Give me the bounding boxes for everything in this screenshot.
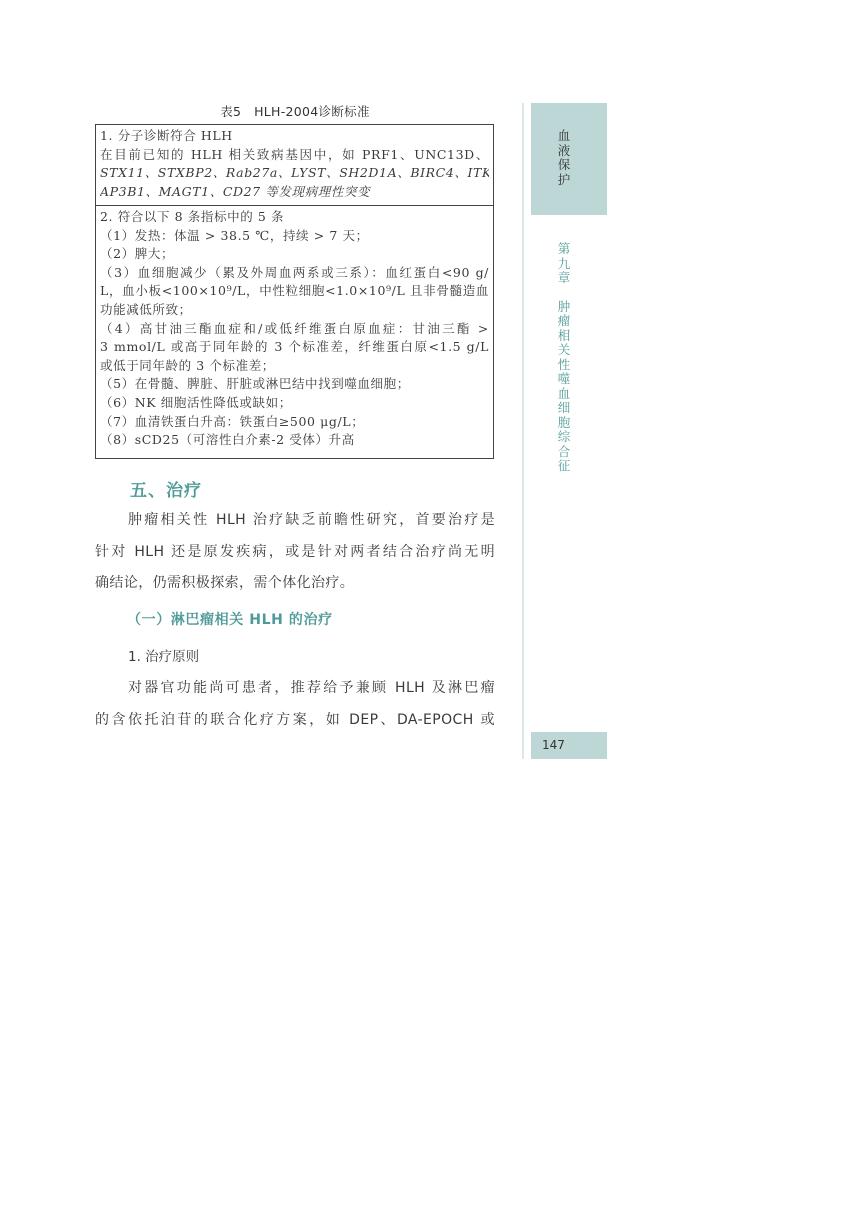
table-line: （1）发热：体温 > 38.5 ℃，持续 > 7 天； [100, 227, 489, 246]
chapter-title: 肿瘤相关性噬血细胞综合征 [558, 299, 571, 474]
paragraph-line: 针对 HLH 还是原发疾病，或是针对两者结合治疗尚无明 [95, 537, 495, 569]
book-title: 血液保护 [556, 129, 572, 187]
diagnostic-criteria-table: 1. 分子诊断符合 HLH 在目前已知的 HLH 相关致病基因中，如 PRF1、… [95, 124, 494, 459]
table-line: AP3B1、MAGT1、CD27 等发现病理性突变 [100, 183, 489, 202]
section-heading: 五、治疗 [130, 476, 202, 501]
table-line: 在目前已知的 HLH 相关致病基因中，如 PRF1、UNC13D、 [100, 146, 489, 165]
table-line: （3）血细胞减少（累及外周血两系或三系）：血红蛋白<90 g/ [100, 264, 489, 283]
subsection-heading: （一）淋巴瘤相关 HLH 的治疗 [127, 609, 333, 629]
paragraph-line: 的含依托泊苷的联合化疗方案，如 DEP、DA-EPOCH 或 [95, 705, 495, 737]
paragraph-line: 肿瘤相关性 HLH 治疗缺乏前瞻性研究，首要治疗是 [95, 505, 495, 537]
paragraph-line: 确结论，仍需积极探索，需个体化治疗。 [95, 568, 495, 600]
table-line: L，血小板<100×10⁹/L，中性粒细胞<1.0×10⁹/L 且非骨髓造血 [100, 282, 489, 301]
paragraph-2: 对器官功能尚可患者，推荐给予兼顾 HLH 及淋巴瘤 的含依托泊苷的联合化疗方案，… [95, 673, 495, 736]
table-line: 功能减低所致； [100, 301, 489, 320]
page-number: 147 [531, 732, 607, 759]
table-section-clinical: 2. 符合以下 8 条指标中的 5 条 （1）发热：体温 > 38.5 ℃，持续… [96, 206, 493, 450]
table-line: （8）sCD25（可溶性白介素-2 受体）升高 [100, 431, 489, 450]
table-line: （4）高甘油三酯血症和/或低纤维蛋白原血症：甘油三酯 > [100, 320, 489, 339]
margin-divider [522, 103, 524, 759]
paragraph-1: 肿瘤相关性 HLH 治疗缺乏前瞻性研究，首要治疗是 针对 HLH 还是原发疾病，… [95, 505, 495, 600]
table-line: （2）脾大； [100, 245, 489, 264]
table-section-molecular: 1. 分子诊断符合 HLH 在目前已知的 HLH 相关致病基因中，如 PRF1、… [96, 125, 493, 206]
subsubsection-heading: 1. 治疗原则 [128, 645, 199, 665]
table-caption: 表5 HLH-2004诊断标准 [95, 102, 495, 120]
chapter-number: 第九章 [558, 241, 571, 285]
chapter-label: 第九章肿瘤相关性噬血细胞综合征 [556, 242, 572, 474]
table-line: 3 mmol/L 或高于同年龄的 3 个标准差，纤维蛋白原<1.5 g/L [100, 338, 489, 357]
table-line: （5）在骨髓、脾脏、肝脏或淋巴结中找到噬血细胞； [100, 375, 489, 394]
paragraph-line: 对器官功能尚可患者，推荐给予兼顾 HLH 及淋巴瘤 [95, 673, 495, 705]
table-section-title: 2. 符合以下 8 条指标中的 5 条 [100, 208, 489, 227]
table-line: （6）NK 细胞活性降低或缺如； [100, 394, 489, 413]
table-section-title: 1. 分子诊断符合 HLH [100, 127, 489, 146]
table-line: （7）血清铁蛋白升高：铁蛋白≥500 μg/L； [100, 413, 489, 432]
table-line: STX11、STXBP2、Rab27a、LYST、SH2D1A、BIRC4、IT… [100, 164, 489, 183]
table-line: 或低于同年龄的 3 个标准差； [100, 357, 489, 376]
